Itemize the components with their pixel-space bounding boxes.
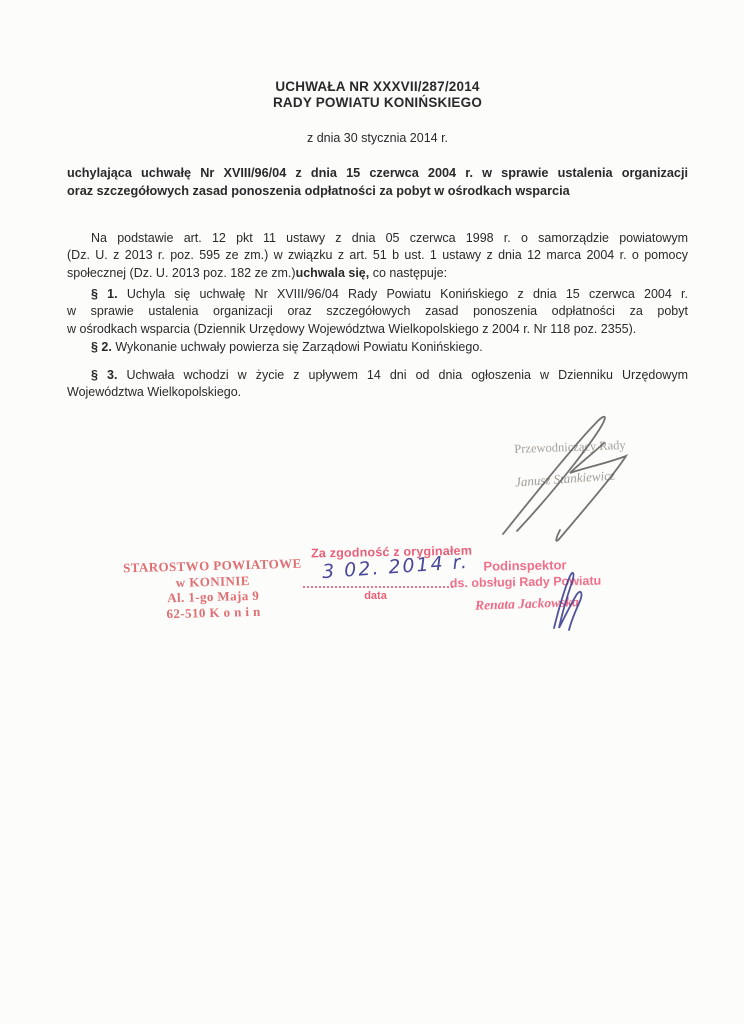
preamble-line-1: Na podstawie art. 12 pkt 11 ustawy z dni… — [67, 230, 688, 247]
preamble-block: Na podstawie art. 12 pkt 11 ustawy z dni… — [67, 230, 688, 282]
paragraph-2-marker: § 2. — [91, 340, 112, 354]
paragraph-3-line-2: Województwa Wielkopolskiego. — [67, 384, 688, 401]
preamble-line-2: (Dz. U. z 2013 r. poz. 595 ze zm.) w zwi… — [67, 247, 688, 264]
paragraph-2-text: Wykonanie uchwały powierza się Zarządowi… — [112, 340, 483, 354]
document-date: z dnia 30 stycznia 2014 r. — [67, 131, 688, 145]
subject-line-1: uchylająca uchwałę Nr XVIII/96/04 z dnia… — [67, 164, 688, 182]
paragraph-1-line-2: w sprawie ustalenia organizacji oraz szc… — [67, 303, 688, 320]
paragraph-1-line-3: w ośrodkach wsparcia (Dziennik Urzędowy … — [67, 321, 688, 338]
title-line-2: RADY POWIATU KONIŃSKIEGO — [67, 95, 688, 111]
paragraph-1-line-1: § 1. Uchyla się uchwałę Nr XVIII/96/04 R… — [67, 286, 688, 303]
preamble-line-3: społecznej (Dz. U. 2013 poz. 182 ze zm.)… — [67, 265, 688, 282]
paragraph-3-line-1: § 3. Uchwała wchodzi w życie z upływem 1… — [67, 367, 688, 384]
document-page: UCHWAŁA NR XXXVII/287/2014 RADY POWIATU … — [0, 0, 744, 1024]
preamble-line-3-text: społecznej (Dz. U. 2013 poz. 182 ze zm.) — [67, 266, 296, 280]
paragraph-3-marker: § 3. — [91, 368, 117, 382]
chairman-signature-ink — [485, 412, 665, 542]
title-line-1: UCHWAŁA NR XXXVII/287/2014 — [67, 79, 688, 95]
office-stamp: STAROSTWO POWIATOWE w KONINIE Al. 1-go M… — [107, 555, 319, 622]
preamble-enacting-phrase: uchwala się, — [296, 266, 370, 280]
subject-line-2: oraz szczegółowych zasad ponoszenia odpł… — [67, 182, 688, 200]
paragraph-3: § 3. Uchwała wchodzi w życie z upływem 1… — [67, 367, 688, 402]
paragraph-1-marker: § 1. — [91, 287, 118, 301]
preamble-line-3-tail: co następuje: — [369, 266, 447, 280]
paragraph-1-text: Uchyla się uchwałę Nr XVIII/96/04 Rady P… — [118, 287, 688, 301]
document-title: UCHWAŁA NR XXXVII/287/2014 RADY POWIATU … — [67, 79, 688, 111]
date-caption: data — [303, 590, 448, 602]
paragraph-2: § 2. Wykonanie uchwały powierza się Zarz… — [67, 339, 688, 356]
paragraph-3-text: Uchwała wchodzi w życie z upływem 14 dni… — [117, 368, 688, 382]
clerk-initial-ink — [546, 570, 591, 635]
paragraph-1: § 1. Uchyla się uchwałę Nr XVIII/96/04 R… — [67, 286, 688, 338]
dotted-line — [303, 586, 453, 588]
paragraph-2-line-1: § 2. Wykonanie uchwały powierza się Zarz… — [67, 339, 688, 356]
subject-block: uchylająca uchwałę Nr XVIII/96/04 z dnia… — [67, 164, 688, 200]
